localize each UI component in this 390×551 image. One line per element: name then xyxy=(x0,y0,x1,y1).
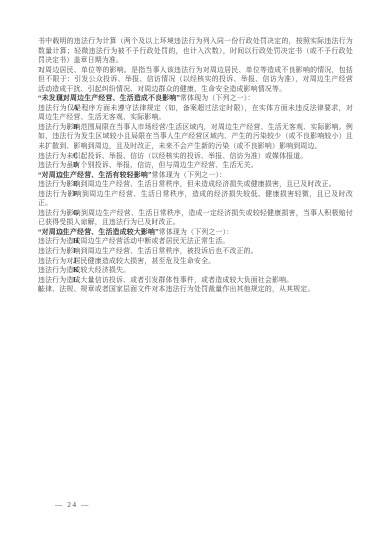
point-text: 违法行为未引起投诉、举报、信访（以经核实的投诉、举报、信访为准）或媒体报道。 xyxy=(38,153,307,160)
point-letter: A xyxy=(73,104,78,114)
text-block: 书中载明的违法行为计算（两个及以上环境违法行为列入同一份行政处罚决定的，按照实际… xyxy=(38,37,353,295)
point-text: 违法行为影响到周边生产经营、生活日常秩序，造成的经济损失较低、健康损害轻微，且已… xyxy=(38,191,353,208)
point-text: 违法行为影响范围局限在当事人市场经营/生活区域内，对周边生产经营、生活无客观、实… xyxy=(38,124,353,150)
item-number: 7. xyxy=(38,66,44,76)
list-item-8: 8. 法律、法规、规章或者国家层面文件对本违法行为处罚裁量作出其他规定的，从其规… xyxy=(38,285,353,295)
point-letter: F xyxy=(73,190,77,200)
subsection-label: (1) xyxy=(57,94,66,104)
point-text: 违法行为虽有个别投诉、举报、信访，但与周边生产经营、生活无关。 xyxy=(38,162,258,169)
subsection-label: (2) xyxy=(57,171,66,181)
subsection-3: (3) “对周边生产经营、生活造成较大影响”常体现为（下列之一）： xyxy=(38,228,353,238)
document-page: 书中载明的违法行为计算（两个及以上环境违法行为列入同一份行政处罚决定的，按照实际… xyxy=(0,0,390,551)
point-text: 违法行为对居民健康造成较大损害，甚至危及生命安全。 xyxy=(38,258,215,265)
point-letter: D xyxy=(73,161,78,171)
point-text: 违法行为造成周边生产经营活动中断或者居民无法正常生活。 xyxy=(38,238,229,245)
subsection-heading-rest: 常体现为（下列之一）： xyxy=(180,95,255,102)
point-E: E 违法行为影响到周边生产经营、生活日常秩序，但未造成经济损失或健康损害，且已及… xyxy=(38,180,353,190)
item-text: 法律、法规、规章或者国家层面文件对本违法行为处罚裁量作出其他规定的，从其规定。 xyxy=(38,286,315,293)
subsection-2: (2) “对周边生产经营、生活有较轻影响”常体现为（下列之一）： xyxy=(38,171,353,181)
subsection-label: (3) xyxy=(57,228,66,238)
subsection-heading-rest: 常体现为（下列之一）： xyxy=(159,229,234,236)
point-letter: B xyxy=(73,123,78,133)
item-number: 8. xyxy=(38,285,44,295)
point-text: 违法行为影响到周边生产经营、生活日常秩序，造成一定经济损失或较轻健康损害，当事人… xyxy=(38,210,353,227)
point-text: 违法行为造成较大经济损失。 xyxy=(38,267,130,274)
point-B: B 违法行为影响范围局限在当事人市场经营/生活区域内，对周边生产经营、生活无客观… xyxy=(38,123,353,152)
point-K: K 违法行为造成较大经济损失。 xyxy=(38,266,353,276)
point-letter: H xyxy=(73,237,79,247)
point-letter: I xyxy=(73,247,76,257)
subsection-1: (1) “未发现对周边生产经营、生活造成不良影响”常体现为（下列之一）： xyxy=(38,94,353,104)
point-letter: G xyxy=(73,209,79,219)
page-number: — 24 — xyxy=(55,500,90,509)
point-C: C 违法行为未引起投诉、举报、信访（以经核实的投诉、举报、信访为准）或媒体报道。 xyxy=(38,152,353,162)
point-letter: E xyxy=(73,180,78,190)
point-text: 违法行为仅是程序方面未遵守法律规定（如，备案超过法定时限），在实体方面未违反法律… xyxy=(38,105,353,122)
point-H: H 违法行为造成周边生产经营活动中断或者居民无法正常生活。 xyxy=(38,237,353,247)
point-letter: C xyxy=(73,152,78,162)
point-L: L 违法行为造成大量信访投诉、或者引发群体性事件，或者造成较大负面社会影响。 xyxy=(38,276,353,286)
point-letter: K xyxy=(73,266,79,276)
point-text: 违法行为影响到周边生产经营、生活日常秩序，但未造成经济损失或健康损害，且已及时改… xyxy=(38,181,336,188)
point-G: G 违法行为影响到周边生产经营、生活日常秩序，造成一定经济损失或较轻健康损害，当… xyxy=(38,209,353,228)
subsection-heading-rest: 常体现为（下列之一）： xyxy=(152,172,227,179)
point-I: I 违法行为影响到周边生产经营、生活日常秩序，被投诉后也不改正的。 xyxy=(38,247,353,257)
point-F: F 违法行为影响到周边生产经营、生活日常秩序，造成的经济损失较低、健康损害轻微，… xyxy=(38,190,353,209)
point-letter: L xyxy=(73,276,78,286)
item-text: 对周边居民、单位等的影响。是指当事人该违法行为对周边居民、单位等造成不良影响的情… xyxy=(38,67,353,93)
point-D: D 违法行为虽有个别投诉、举报、信访，但与周边生产经营、生活无关。 xyxy=(38,161,353,171)
point-A: A 违法行为仅是程序方面未遵守法律规定（如，备案超过法定时限），在实体方面未违反… xyxy=(38,104,353,123)
point-letter: J xyxy=(73,257,77,267)
list-item-7: 7. 对周边居民、单位等的影响。是指当事人该违法行为对周边居民、单位等造成不良影… xyxy=(38,66,353,95)
point-J: J 违法行为对居民健康造成较大损害，甚至危及生命安全。 xyxy=(38,257,353,267)
paragraph-continuation: 书中载明的违法行为计算（两个及以上环境违法行为列入同一份行政处罚决定的，按照实际… xyxy=(38,37,353,66)
subsection-heading-quoted: “对周边生产经营、生活有较轻影响” xyxy=(38,172,152,179)
point-text: 违法行为影响到周边生产经营、生活日常秩序，被投诉后也不改正的。 xyxy=(38,248,258,255)
